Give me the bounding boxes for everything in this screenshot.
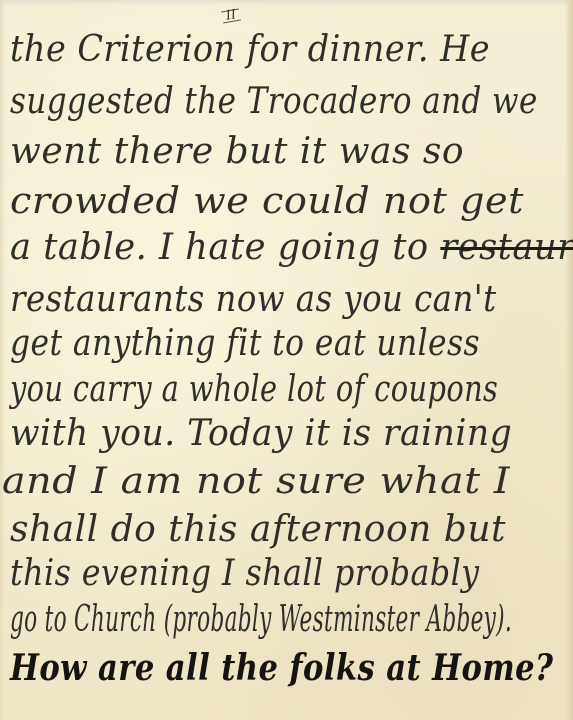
handwritten-line-1: the Criterion for dinner. He <box>10 28 490 72</box>
handwritten-line-10: and I am not sure what I <box>2 460 510 504</box>
paper-right-edge <box>565 0 573 720</box>
handwritten-line-9: with you. Today it is raining <box>10 412 512 456</box>
handwritten-line-2: suggested the Trocadero and we <box>10 80 538 124</box>
handwritten-line-12: this evening I shall probably <box>10 552 479 596</box>
handwritten-line-11: shall do this afternoon but <box>10 508 506 552</box>
letter-page: II the Criterion for dinner. He suggeste… <box>0 0 573 720</box>
handwritten-line-5: a table. I hate going to restaurant <box>10 226 573 270</box>
line-5-text: a table. I hate going to <box>10 227 429 268</box>
struck-out-word: restaurant <box>440 227 573 268</box>
handwritten-line-14: How are all the folks at Home? <box>10 646 553 690</box>
handwritten-line-3: went there but it was so <box>10 130 464 174</box>
handwritten-line-6: restaurants now as you can't <box>10 278 497 322</box>
handwritten-line-13: go to Church (probably Westminster Abbey… <box>10 598 512 642</box>
paper-left-edge <box>0 0 5 720</box>
handwritten-line-8: you carry a whole lot of coupons <box>10 368 498 412</box>
handwritten-line-4: crowded we could not get <box>10 180 524 224</box>
page-number: II <box>221 9 241 24</box>
paper-top-edge <box>0 0 573 6</box>
handwritten-line-7: get anything fit to eat unless <box>10 322 480 366</box>
